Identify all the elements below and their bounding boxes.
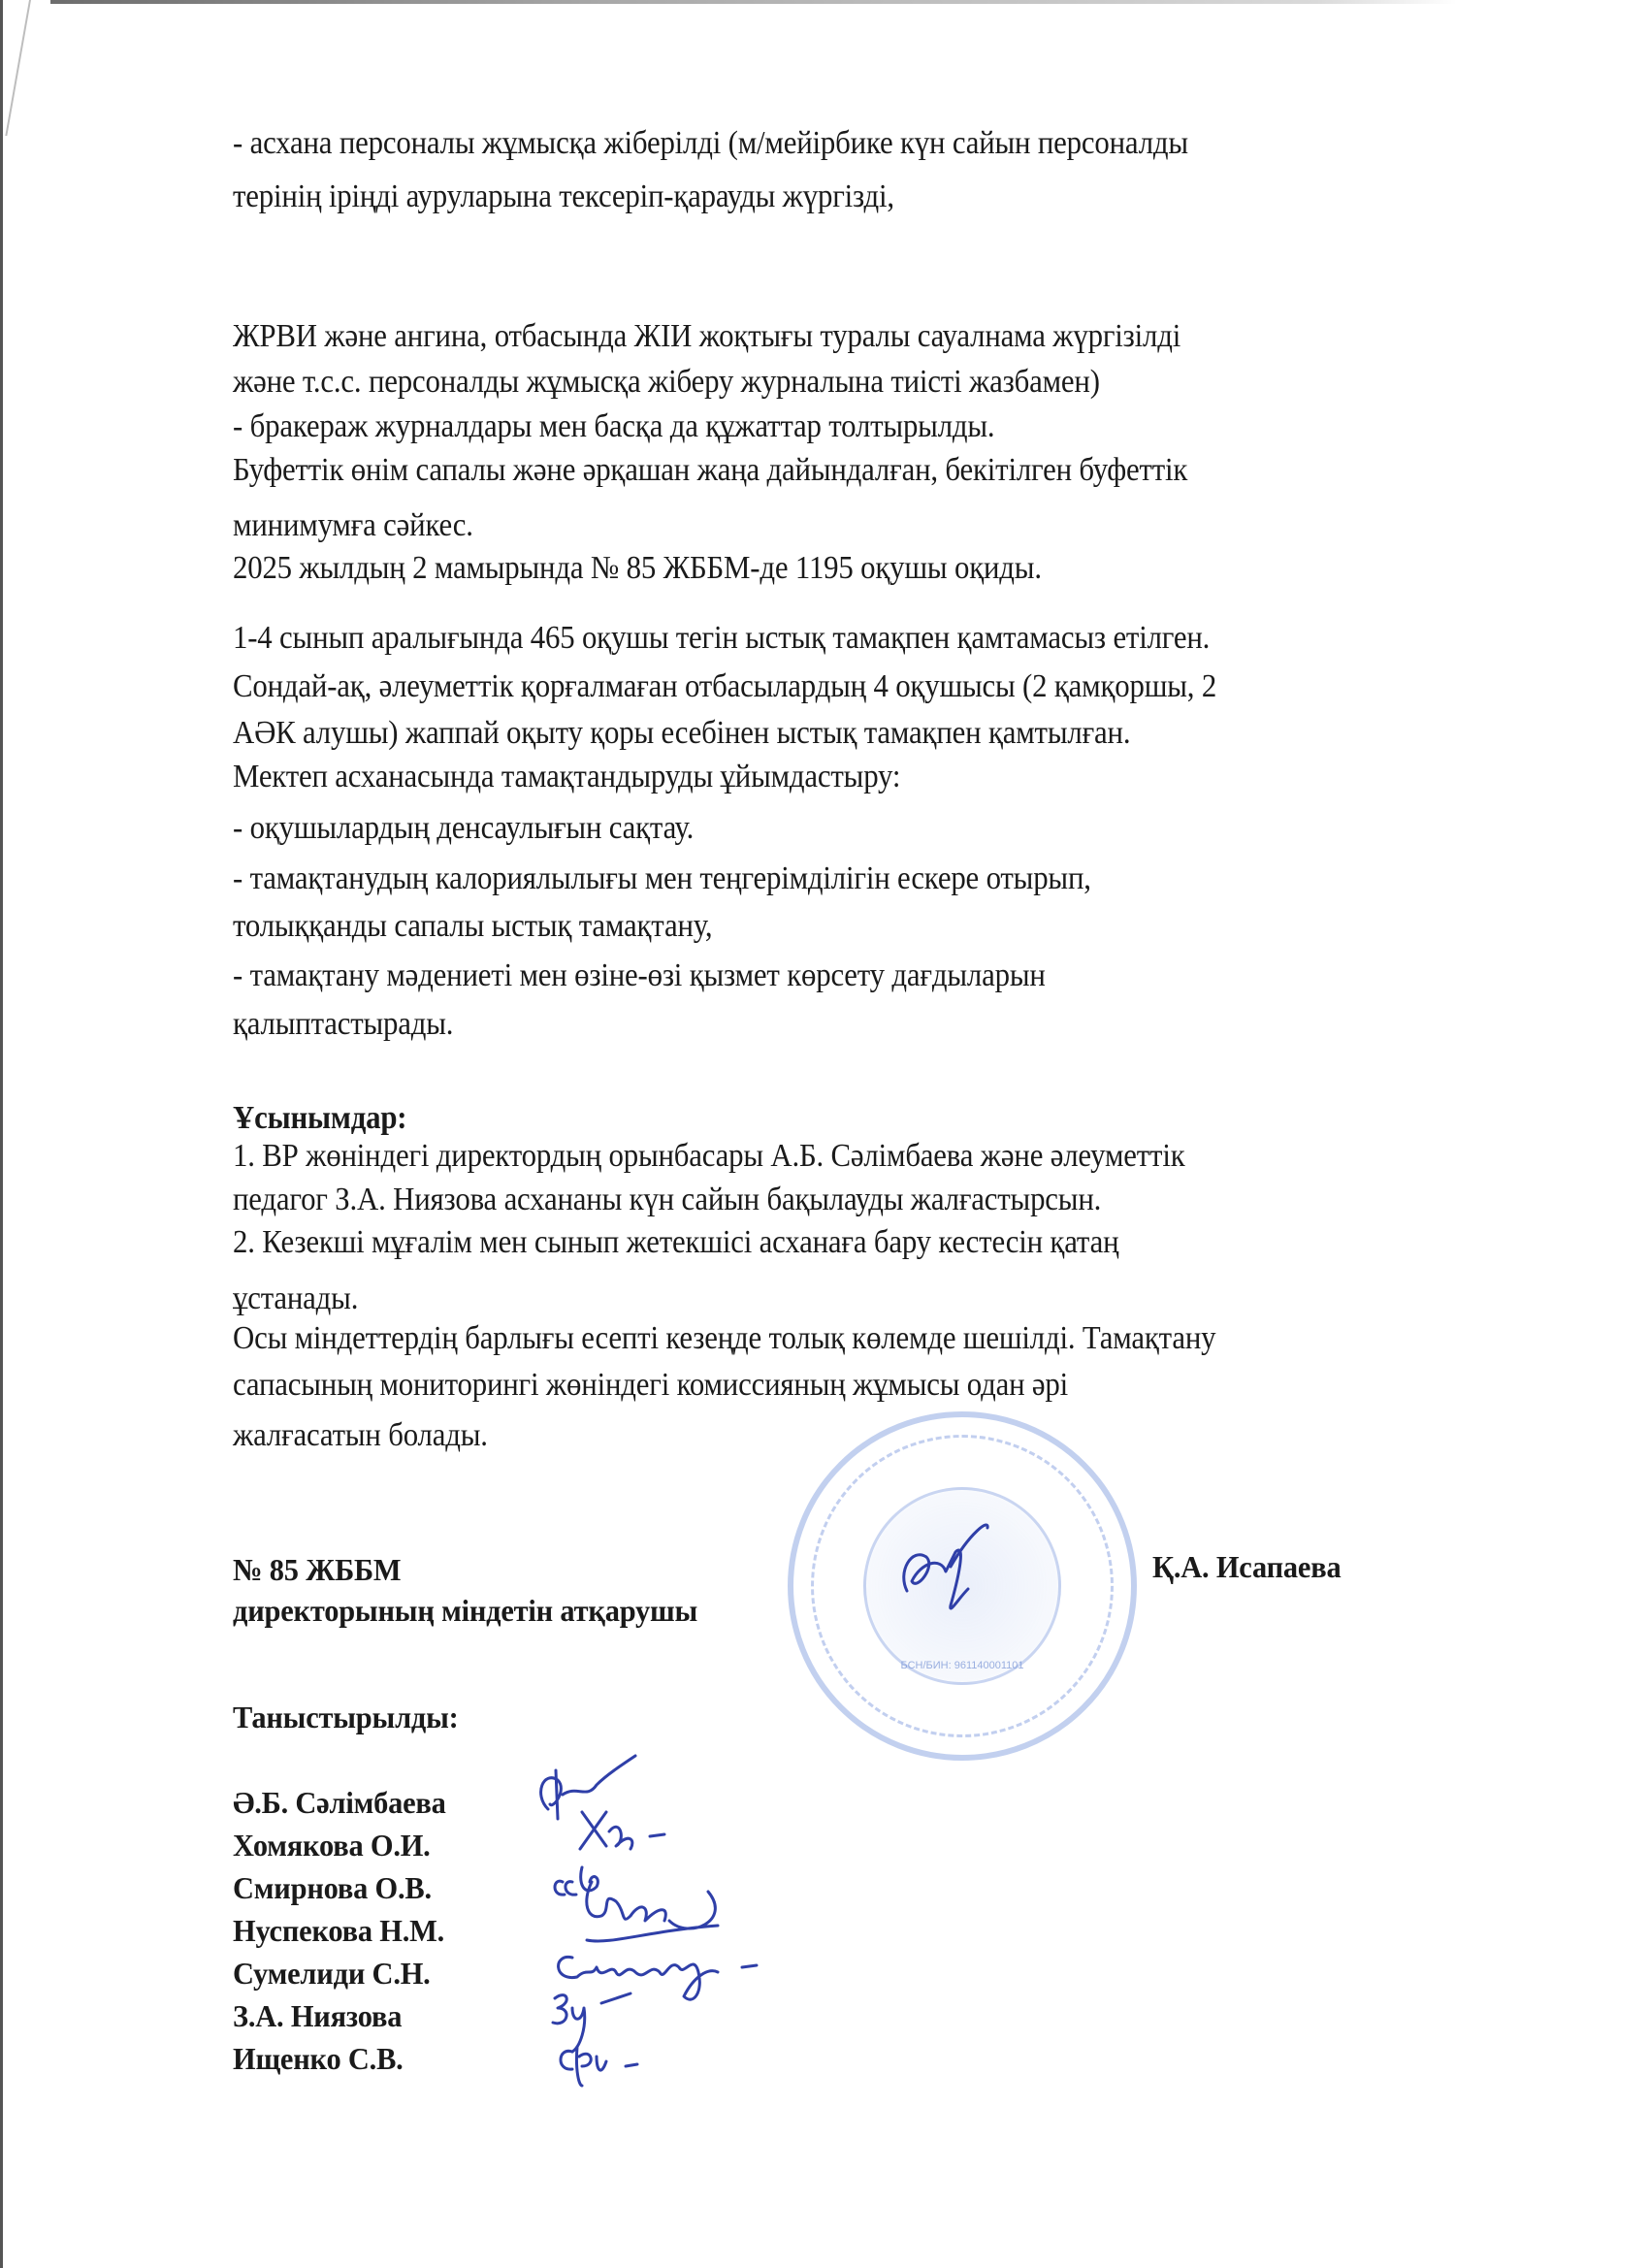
body-line: минимумға сәйкес. — [233, 506, 473, 545]
body-line: 2025 жылдың 2 мамырында № 85 ЖББМ-де 119… — [233, 549, 1042, 588]
body-line: Мектеп асханасында тамақтандыруды ұйымда… — [233, 758, 900, 796]
body-line: толыққанды сапалы ыстық тамақтану, — [233, 907, 712, 946]
recommendation-line: ұстанады. — [233, 1280, 358, 1318]
body-line: және т.с.с. персоналды жұмысқа жіберу жу… — [233, 363, 1100, 402]
body-line: - тамақтанудың калориялылығы мен теңгері… — [233, 859, 1091, 898]
body-line: Буфеттік өнім сапалы және әрқашан жаңа д… — [233, 451, 1187, 490]
acquainted-heading: Таныстырылды: — [233, 1698, 459, 1736]
recommendations-heading: Ұсынымдар: — [233, 1099, 406, 1138]
body-line: - асхана персоналы жұмысқа жіберілді (м/… — [233, 124, 1188, 163]
conclusion-line: сапасының мониторингі жөніндегі комиссия… — [233, 1366, 1068, 1405]
signature-ishchenko — [548, 2032, 664, 2100]
director-signature — [892, 1513, 1009, 1620]
scan-fold-line — [5, 0, 31, 136]
recommendation-line: педагог З.А. Ниязова асхананы күн сайын … — [233, 1181, 1101, 1219]
acquainted-name: З.А. Ниязова — [233, 1996, 402, 2035]
acquainted-name: Ә.Б. Сәлімбаева — [233, 1783, 446, 1822]
acquainted-name: Смирнова О.В. — [233, 1868, 432, 1907]
body-line: - бракераж журналдары мен басқа да құжат… — [233, 407, 994, 446]
body-line: терінің іріңді ауруларына тексеріп-қарау… — [233, 178, 894, 216]
body-line: қалыптастырады. — [233, 1005, 453, 1044]
body-line: - тамақтану мәдениеті мен өзіне-өзі қызм… — [233, 956, 1046, 995]
scan-edge-top — [50, 0, 1457, 4]
body-line: 1-4 сынып аралығында 465 оқушы тегін ыст… — [233, 619, 1210, 658]
conclusion-line: Осы міндеттердің барлығы есепті кезеңде … — [233, 1319, 1215, 1358]
body-line: ЖРВИ және ангина, отбасында ЖІИ жоқтығы … — [233, 317, 1180, 356]
body-line: - оқушылардың денсаулығын сақтау. — [233, 809, 694, 848]
body-line: АӘК алушы) жаппай оқыту қоры есебінен ыс… — [233, 714, 1130, 753]
stamp-text: БСН/БИН: 961140001101 — [793, 1660, 1131, 1671]
acquainted-name: Хомякова О.И. — [233, 1826, 431, 1864]
acquainted-name: Нуспекова Н.М. — [233, 1911, 444, 1950]
signatory-role: директорының міндетін атқарушы — [233, 1591, 697, 1630]
recommendation-line: 1. ВР жөніндегі директордың орынбасары А… — [233, 1137, 1185, 1176]
acquainted-name: Сумелиди С.Н. — [233, 1954, 431, 1993]
signatory-org: № 85 ЖББМ — [233, 1550, 401, 1589]
acquainted-name: Ищенко С.В. — [233, 2039, 404, 2078]
conclusion-line: жалғасатын болады. — [233, 1416, 488, 1455]
recommendation-line: 2. Кезекші мұғалім мен сынып жетекшісі а… — [233, 1223, 1118, 1262]
body-line: Сондай-ақ, әлеуметтік қорғалмаған отбасы… — [233, 667, 1216, 706]
scan-edge-left — [0, 0, 3, 2268]
signatory-name: Қ.А. Исапаева — [1152, 1547, 1341, 1586]
